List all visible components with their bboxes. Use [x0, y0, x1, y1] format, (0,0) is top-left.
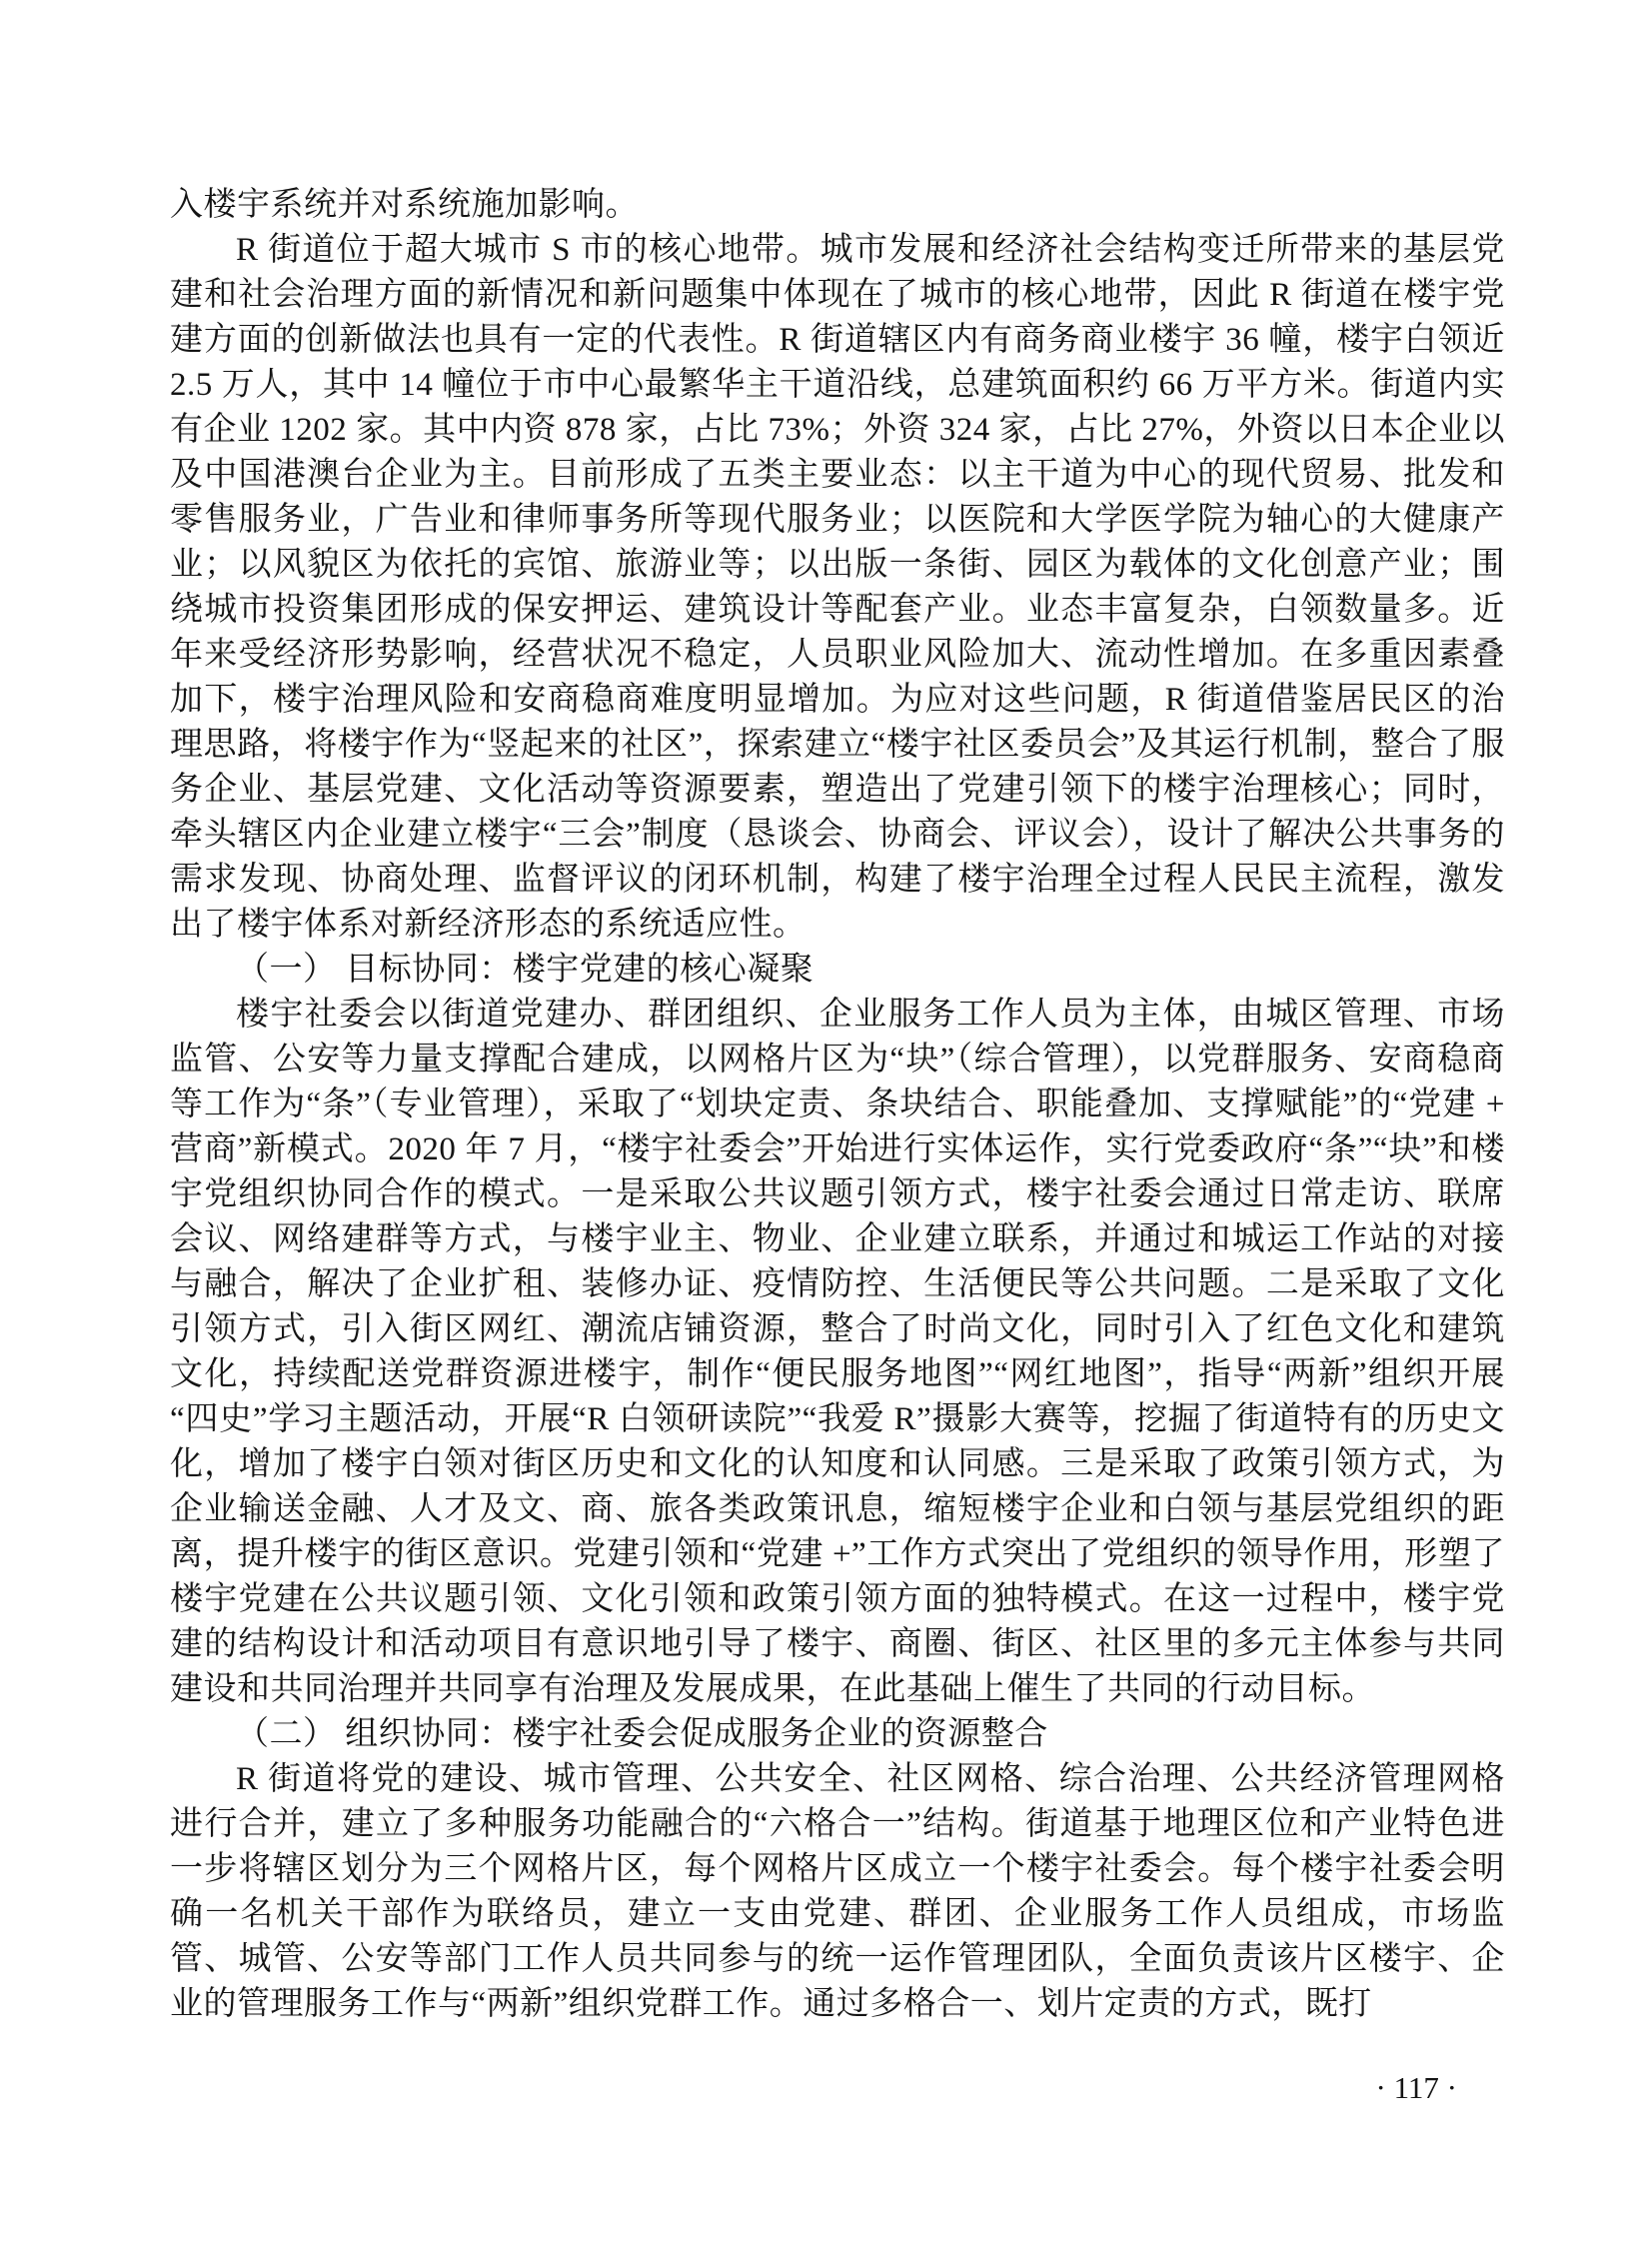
page-body-text: 入楼宇系统并对系统施加影响。 R 街道位于超大城市 S 市的核心地带。城市发展和… [170, 183, 1505, 2027]
section-heading-goal-synergy: （一） 目标协同：楼宇党建的核心凝聚 [170, 948, 1505, 993]
paragraph-street-overview: R 街道位于超大城市 S 市的核心地带。城市发展和经济社会结构变迁所带来的基层党… [170, 228, 1505, 948]
paragraph-continuation: 入楼宇系统并对系统施加影响。 [170, 183, 1505, 228]
document-page: 入楼宇系统并对系统施加影响。 R 街道位于超大城市 S 市的核心地带。城市发展和… [0, 0, 1652, 2243]
section-heading-org-synergy: （二） 组织协同：楼宇社委会促成服务企业的资源整合 [170, 1712, 1505, 1757]
paragraph-goal-synergy-body: 楼宇社委会以街道党建办、群团组织、企业服务工作人员为主体，由城区管理、市场监管、… [170, 993, 1505, 1712]
paragraph-org-synergy-body: R 街道将党的建设、城市管理、公共安全、社区网格、综合治理、公共经济管理网格进行… [170, 1757, 1505, 2027]
page-number: · 117 · [170, 2065, 1505, 2110]
